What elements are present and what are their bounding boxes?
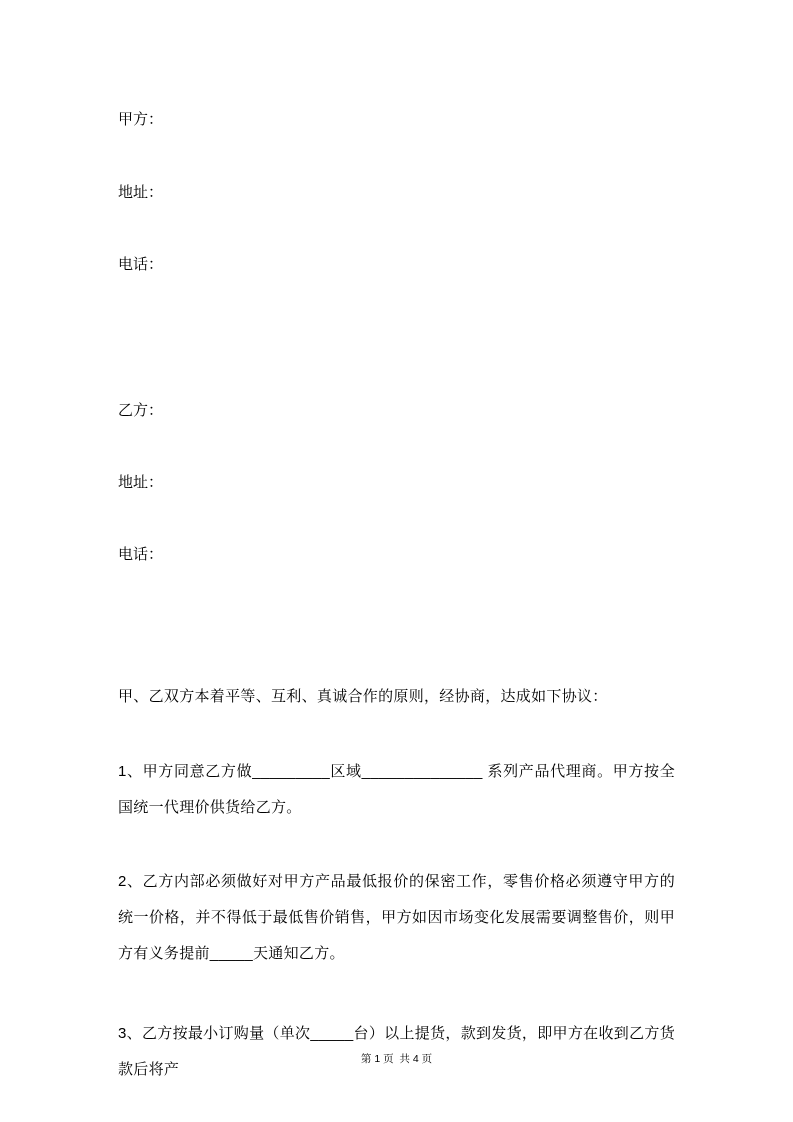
page-number-indicator: 第 1 页 共 4 页: [0, 1053, 793, 1066]
clause-1: 1、甲方同意乙方做_________区域______________ 系列产品代…: [118, 754, 675, 826]
party-a-phone-label: 电话：: [118, 257, 163, 273]
party-b-address-label: 地址：: [118, 475, 163, 491]
party-b-phone-label: 电话：: [118, 547, 163, 563]
agreement-preamble: 甲、乙双方本着平等、互利、真诚合作的原则，经协商，达成如下协议：: [118, 679, 675, 715]
party-b-name-label: 乙方：: [118, 403, 163, 419]
party-a-name-label: 甲方：: [118, 112, 163, 128]
clause-2: 2、乙方内部必须做好对甲方产品最低报价的保密工作，零售价格必须遵守甲方的统一价格…: [118, 864, 675, 972]
party-a-address-label: 地址：: [118, 185, 163, 201]
contract-document-page: 甲方： 地址： 电话： 乙方： 地址： 电话： 甲、乙双方本着平等、互利、真诚合…: [0, 0, 793, 1122]
clause-3: 3、乙方按最小订购量（单次_____台）以上提货，款到发货，即甲方在收到乙方货款…: [118, 1016, 675, 1088]
